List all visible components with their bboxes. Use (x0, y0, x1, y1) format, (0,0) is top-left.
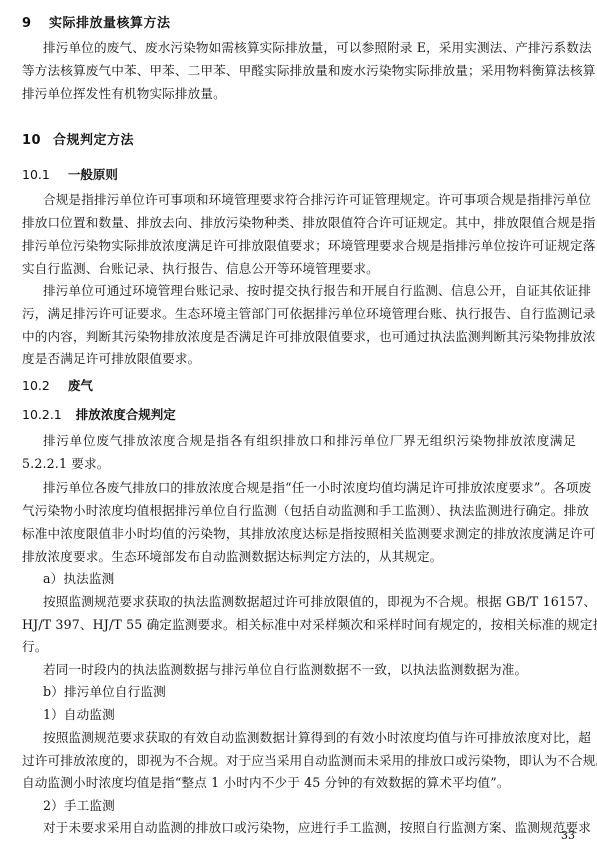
paragraph-line: 过许可排放浓度的，即视为不合规。对于应当采用自动监测而未采用的排放口或污染物，即… (22, 753, 576, 769)
section-number: 10.1 (22, 167, 50, 182)
paragraph-line: 按照监测规范要求获取的有效自动监测数据计算得到的有效小时浓度均值与许可排放浓度对… (43, 730, 576, 746)
paragraph-line: 气污染物小时浓度均值根据排污单位自行监测（包括自动监测和手工监测）、执法监测进行… (22, 503, 576, 519)
heading-section-10: 10 合规判定方法 (22, 129, 134, 148)
paragraph-line: 排污单位废气排放浓度合规是指各有组织排放口和排污单位厂界无组织污染物排放浓度满足 (43, 433, 576, 449)
paragraph-line: 实自行监测、台账记录、执行报告、信息公开等环境管理要求。 (22, 261, 576, 277)
paragraph-line: HJ/T 397、HJ/T 55 确定监测要求。相关标准中对采样频次和采样时间有… (22, 617, 576, 633)
document-page: 9 实际排放量核算方法 排污单位的废气、废水污染物如需核算实际排放量，可以参照附… (0, 0, 597, 849)
paragraph-line: 污，满足排污许可证要求。生态环境主管部门可依据排污单位环境管理台账、执行报告、自… (22, 306, 576, 322)
paragraph-line: 对于未要求采用自动监测的排放口或污染物，应进行手工监测，按照自行监测方案、监测规… (43, 820, 576, 836)
paragraph-line: 排污单位污染物实际排放浓度满足许可排放限值要求；环境管理要求合规是指排污单位按许… (22, 238, 576, 254)
section-number: 10.2 (22, 378, 50, 393)
paragraph-line: 排污单位的废气、废水污染物如需核算实际排放量，可以参照附录 E，采用实测法、产排… (43, 40, 576, 56)
list-item-a: a）执法监测 (43, 571, 576, 587)
section-title: 合规判定方法 (53, 133, 134, 148)
paragraph-line: 排污单位可通过环境管理台账记录、按时提交执行报告和开展自行监测、信息公开，自证其… (43, 283, 576, 299)
paragraph-line: 度是否满足许可排放限值要求。 (22, 351, 576, 367)
list-item-b: b）排污单位自行监测 (43, 684, 576, 700)
heading-section-10-2-1: 10.2.1 排放浓度合规判定 (22, 405, 176, 423)
section-title: 实际排放量核算方法 (49, 16, 171, 31)
paragraph-line: 自动监测小时浓度均值是指“整点 1 小时内不少于 45 分钟的有效数据的算术平均… (22, 775, 576, 791)
page-number: 33 (561, 829, 575, 842)
section-title: 排放浓度合规判定 (76, 407, 176, 422)
list-item-2: 2）手工监测 (43, 798, 576, 814)
heading-section-10-1: 10.1 一般原则 (22, 165, 118, 183)
paragraph-line: 若同一时段内的执法监测数据与排污单位自行监测数据不一致，以执法监测数据为准。 (43, 662, 576, 678)
section-title: 一般原则 (68, 167, 118, 182)
heading-section-10-2: 10.2 废气 (22, 376, 93, 394)
paragraph-line: 标准中浓度限值非小时均值的污染物，其排放浓度达标是指按照相关监测要求测定的排放浓… (22, 526, 576, 542)
paragraph-line: 排放口位置和数量、排放去向、排放污染物种类、排放限值符合许可证规定。其中，排放限… (22, 215, 576, 231)
section-title: 废气 (68, 378, 93, 393)
paragraph-line: 中的内容，判断其污染物排放浓度是否满足许可排放限值要求，也可通过执法监测判断其污… (22, 329, 576, 345)
paragraph-line: 按照监测规范要求获取的执法监测数据超过许可排放限值的，即视为不合规。根据 GB/… (43, 594, 576, 610)
paragraph-line: 行。 (22, 639, 576, 655)
paragraph-line: 排放浓度要求。生态环境部发布自动监测数据达标判定方法的，从其规定。 (22, 549, 576, 565)
section-number: 10.2.1 (22, 407, 62, 422)
list-item-1: 1）自动监测 (43, 707, 576, 723)
paragraph-line: 排污单位挥发性有机物实际排放量。 (22, 86, 576, 102)
section-number: 9 (22, 16, 44, 31)
paragraph-line: 5.2.2.1 要求。 (22, 456, 576, 472)
section-number: 10 (22, 133, 48, 148)
paragraph-line: 等方法核算废气中苯、甲苯、二甲苯、甲醛实际排放量和废水污染物实际排放量；采用物料… (22, 63, 576, 79)
paragraph-line: 排污单位各废气排放口的排放浓度合规是指“任一小时浓度均值均满足许可排放浓度要求”… (43, 480, 576, 496)
paragraph-line: 合规是指排污单位许可事项和环境管理要求符合排污许可证管理规定。许可事项合规是指排… (43, 192, 576, 208)
heading-section-9: 9 实际排放量核算方法 (22, 12, 171, 31)
